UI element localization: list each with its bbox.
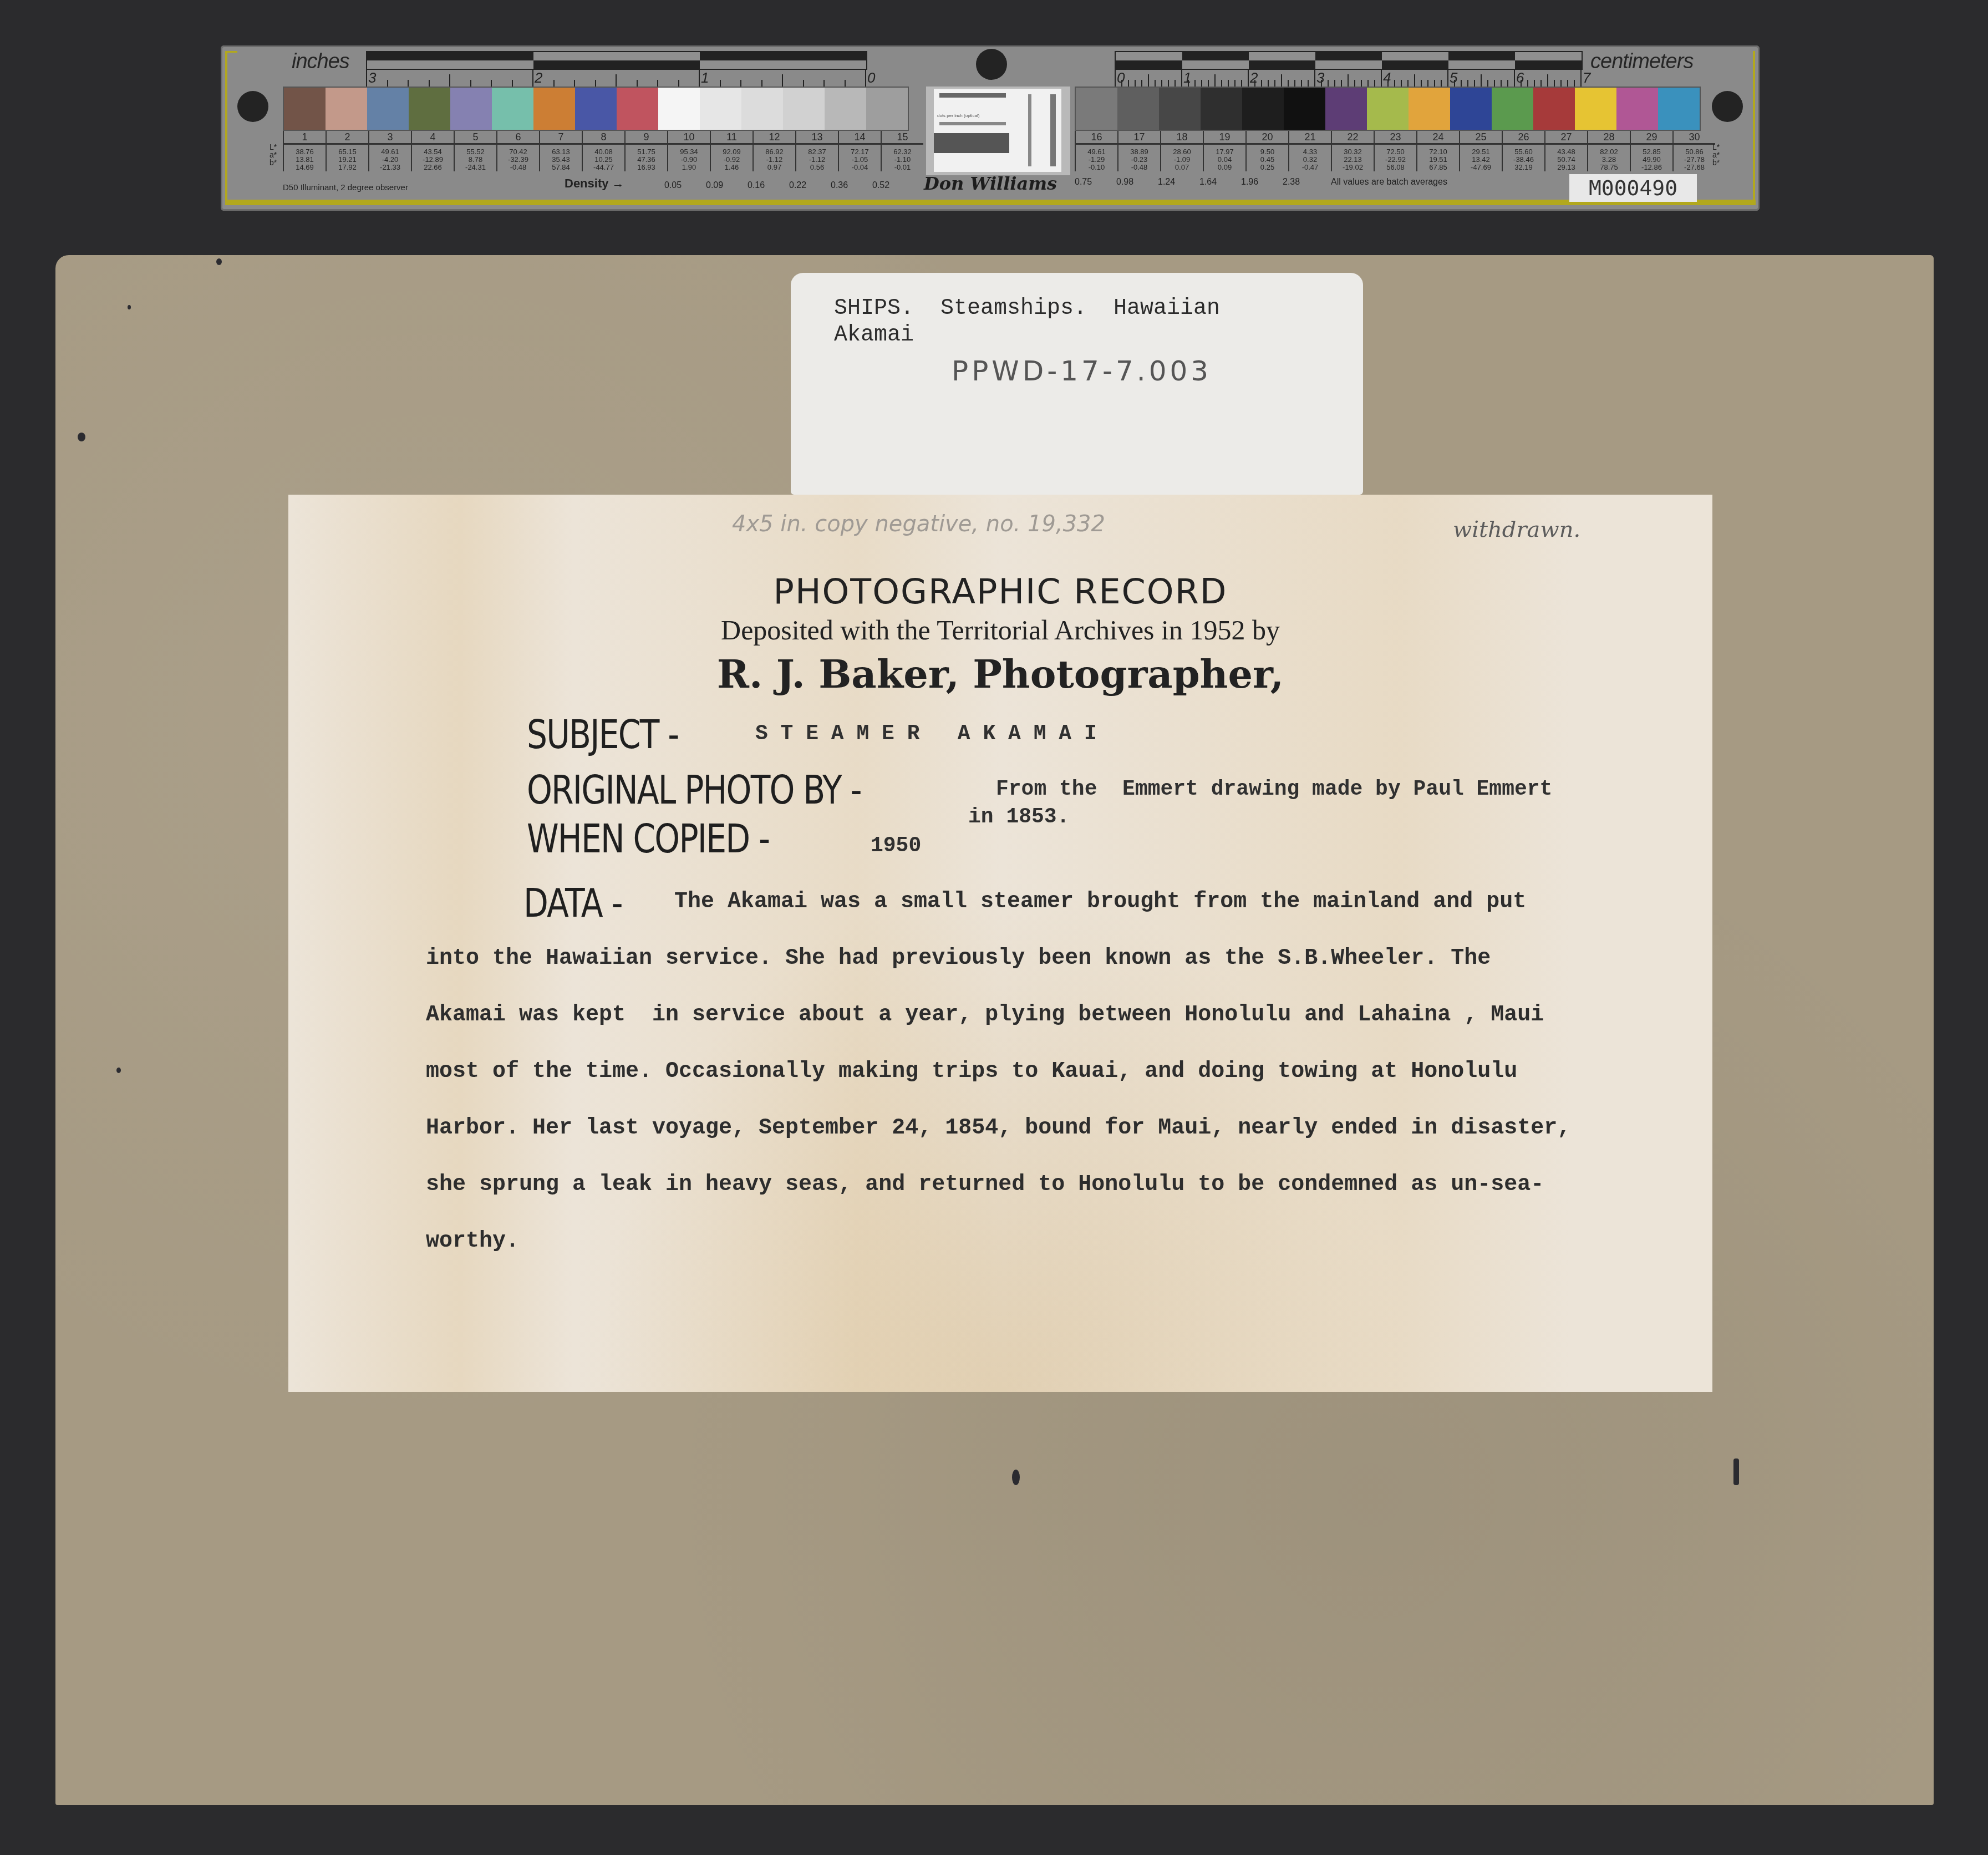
patch-column: 214.330.32-0.47 (1288, 131, 1331, 171)
patch-number: 14 (839, 131, 881, 145)
patch-lab-values: 17.970.040.09 (1216, 145, 1234, 171)
color-patch (1450, 88, 1492, 130)
patch-lab-values: 86.92-1.120.97 (765, 145, 784, 171)
when-copied-label: WHEN COPIED - (527, 815, 769, 862)
ruler-minor-tick (1481, 74, 1482, 88)
pencil-negative-note: 4x5 in. copy negative, no. 19,332 (732, 511, 1105, 537)
patch-column: 1828.60-1.090.07 (1160, 131, 1203, 171)
color-patch (658, 88, 700, 130)
patch-lab-values: 63.1335.4357.84 (552, 145, 570, 171)
patch-number: 17 (1118, 131, 1160, 145)
ruler-minor-tick (449, 74, 450, 88)
ruler-minor-tick (1148, 74, 1149, 88)
color-patch (1284, 88, 1325, 130)
ruler-minor-tick (1214, 74, 1216, 88)
color-patch (367, 88, 409, 130)
patch-column: 840.0810.25-44.77 (582, 131, 624, 171)
photographic-record-card: 4x5 in. copy negative, no. 19,332 withdr… (288, 495, 1712, 1392)
patch-column: 2372.50-22.9256.08 (1374, 131, 1416, 171)
density-value: 2.38 (1283, 177, 1300, 187)
density-label: Density → (565, 176, 624, 191)
patch-number: 23 (1375, 131, 1416, 145)
lab-row-labels: L*a*b* (270, 143, 277, 166)
slip-handwritten-id: PPWD-17-7.003 (952, 355, 1212, 387)
photographer-line: R. J. Baker, Photographer, (288, 651, 1712, 697)
patch-number: 27 (1545, 131, 1587, 145)
ruler-minor-tick (1414, 74, 1415, 88)
patch-number: 1 (284, 131, 326, 145)
patch-column: 2529.5113.42-47.69 (1459, 131, 1502, 171)
data-label: DATA - (523, 880, 622, 926)
data-line: Harbor. Her last voyage, September 24, 1… (426, 1116, 1570, 1141)
lab-values-left: 138.7613.8114.69265.1519.2117.92349.61-4… (283, 131, 923, 171)
patch-number: 15 (882, 131, 923, 145)
patch-lab-values: 82.37-1.120.56 (808, 145, 826, 171)
board-speck (1733, 1458, 1739, 1485)
patch-column: 1917.970.040.09 (1203, 131, 1245, 171)
ruler-minor-tick (1348, 74, 1349, 88)
resolution-target: dots per inch (optical) (926, 87, 1070, 175)
centimeters-label: centimeters (1590, 50, 1693, 74)
color-patch (866, 88, 908, 130)
patch-number: 2 (327, 131, 368, 145)
resolution-bars (1050, 94, 1056, 166)
color-patch (700, 88, 741, 130)
target-border-accent (226, 51, 237, 53)
patch-number: 21 (1289, 131, 1331, 145)
resolution-card: dots per inch (optical) (934, 89, 1061, 172)
patch-number: 6 (497, 131, 539, 145)
patch-lab-values: 40.0810.25-44.77 (593, 145, 614, 171)
patch-lab-values: 55.60-38.4632.19 (1513, 145, 1534, 171)
ruler-major-tick (1580, 69, 1582, 88)
original-photo-value: From the Emmert drawing made by Paul Emm… (996, 777, 1552, 801)
patch-lab-values: 62.32-1.10-0.01 (893, 145, 912, 171)
catalog-label-slip: SHIPS. Steamships. Hawaiian Akamai PPWD-… (791, 273, 1363, 495)
data-line: most of the time. Occasionally making tr… (426, 1059, 1517, 1084)
patch-number: 11 (711, 131, 753, 145)
patch-number: 22 (1332, 131, 1374, 145)
ruler-major-tick (699, 69, 700, 88)
board-speck (128, 305, 131, 309)
patch-number: 30 (1674, 131, 1715, 145)
patch-column: 1738.89-0.23-0.48 (1117, 131, 1160, 171)
patch-column: 349.61-4.20-21.33 (368, 131, 411, 171)
color-patch (1575, 88, 1616, 130)
patch-number: 25 (1460, 131, 1502, 145)
ruler-major-tick (366, 69, 367, 88)
ruler-minor-tick (1547, 74, 1548, 88)
ruler-label: 1 (701, 69, 709, 87)
patch-lab-values: 72.50-22.9256.08 (1385, 145, 1406, 171)
original-photo-value-cont: in 1853. (968, 805, 1069, 829)
cm-ruler: 01234567 (1115, 68, 1580, 88)
patch-column: 670.42-32.39-0.48 (496, 131, 539, 171)
data-line: The Akamai was a small steamer brought f… (674, 890, 1526, 914)
patch-lab-values: 30.3222.13-19.02 (1343, 145, 1363, 171)
record-title: PHOTOGRAPHIC RECORD (288, 571, 1712, 612)
patch-column: 209.500.450.25 (1245, 131, 1288, 171)
color-patch (1533, 88, 1575, 130)
data-line: she sprung a leak in heavy seas, and ret… (426, 1172, 1544, 1197)
target-border-accent (225, 200, 1756, 205)
patch-lab-values: 49.61-4.20-21.33 (380, 145, 400, 171)
signature: Don Williams (924, 173, 1057, 194)
color-patch (1367, 88, 1409, 130)
withdrawn-note: withdrawn. (1453, 517, 1580, 542)
deposited-line: Deposited with the Territorial Archives … (288, 614, 1712, 646)
resolution-label: dots per inch (optical) (937, 113, 979, 118)
density-value: 0.75 (1075, 177, 1092, 187)
ruler-major-tick (1314, 69, 1315, 88)
patch-number: 16 (1076, 131, 1117, 145)
color-patch (1409, 88, 1450, 130)
color-patch (1117, 88, 1159, 130)
ruler-major-tick (1447, 69, 1448, 88)
patch-column: 1286.92-1.120.97 (753, 131, 795, 171)
slip-name-line: Akamai (834, 323, 914, 348)
patch-number: 12 (754, 131, 795, 145)
color-patch (1242, 88, 1284, 130)
patch-column: 1382.37-1.120.56 (795, 131, 838, 171)
patch-number: 7 (540, 131, 582, 145)
patch-lab-values: 29.5113.42-47.69 (1471, 145, 1491, 171)
patch-lab-values: 38.89-0.23-0.48 (1130, 145, 1148, 171)
patch-number: 24 (1417, 131, 1459, 145)
patch-lab-values: 72.1019.5167.85 (1429, 145, 1447, 171)
patch-column: 763.1335.4357.84 (539, 131, 582, 171)
color-patch (1492, 88, 1533, 130)
target-border-accent (225, 51, 227, 201)
color-patch (783, 88, 825, 130)
patch-number: 18 (1161, 131, 1203, 145)
patch-column: 555.528.78-24.31 (454, 131, 496, 171)
patch-lab-values: 51.7547.3616.93 (637, 145, 655, 171)
patch-column: 2472.1019.5167.85 (1416, 131, 1459, 171)
density-value: 0.36 (831, 181, 848, 191)
density-value: 0.05 (664, 181, 682, 191)
illuminant-note: D50 Illuminant, 2 degree observer (283, 183, 408, 192)
resolution-bars (939, 122, 1006, 125)
target-hole-right (1712, 91, 1743, 122)
patch-number: 9 (626, 131, 667, 145)
target-hole-center (976, 49, 1007, 80)
patch-column: 2655.60-38.4632.19 (1502, 131, 1544, 171)
color-calibration-target: inches centimeters 3210 01234567 dots pe… (221, 45, 1760, 211)
patch-number: 8 (583, 131, 624, 145)
patch-number: 13 (796, 131, 838, 145)
color-patch (1616, 88, 1658, 130)
color-patch (284, 88, 326, 130)
data-line: into the Hawaiian service. She had previ… (426, 946, 1491, 971)
patch-lab-values: 65.1519.2117.92 (338, 145, 357, 171)
color-patch (825, 88, 866, 130)
patch-column: 1562.32-1.10-0.01 (881, 131, 923, 171)
patch-column: 951.7547.3616.93 (624, 131, 667, 171)
inch-scale-bars (366, 51, 867, 70)
ruler-minor-tick (1281, 74, 1282, 88)
patch-lab-values: 28.60-1.090.07 (1173, 145, 1191, 171)
density-value: 0.98 (1116, 177, 1133, 187)
board-speck (216, 258, 222, 265)
patch-column: 138.7613.8114.69 (283, 131, 326, 171)
color-patch (741, 88, 783, 130)
patch-number: 5 (455, 131, 496, 145)
patch-lab-values: 38.7613.8114.69 (296, 145, 314, 171)
patch-number: 28 (1588, 131, 1630, 145)
density-value: 0.09 (706, 181, 723, 191)
patch-lab-values: 95.34-0.901.90 (680, 145, 698, 171)
density-value: 0.22 (789, 181, 806, 191)
subject-label: SUBJECT - (527, 711, 678, 758)
color-patch (492, 88, 533, 130)
color-patch (617, 88, 658, 130)
ruler-major-tick (1181, 69, 1182, 88)
data-line: worthy. (426, 1229, 519, 1254)
color-patch (326, 88, 367, 130)
patch-lab-values: 82.023.2878.75 (1600, 145, 1618, 171)
board-speck (116, 1068, 121, 1073)
patch-lab-values: 9.500.450.25 (1260, 145, 1274, 171)
patch-number: 29 (1631, 131, 1672, 145)
ruler-major-tick (1514, 69, 1515, 88)
patch-column: 1649.61-1.29-0.10 (1075, 131, 1117, 171)
patch-lab-values: 49.61-1.29-0.10 (1087, 145, 1106, 171)
ruler-minor-tick (616, 74, 617, 88)
inches-label: inches (292, 50, 349, 74)
patch-column: 265.1519.2117.92 (326, 131, 368, 171)
patch-column: 2952.8549.90-12.86 (1630, 131, 1672, 171)
ruler-label: 0 (867, 69, 875, 87)
density-value: 1.64 (1199, 177, 1217, 187)
resolution-bars (939, 93, 1006, 98)
patch-lab-values: 55.528.78-24.31 (465, 145, 486, 171)
patch-lab-values: 92.09-0.921.46 (723, 145, 741, 171)
slip-subject-line: SHIPS. Steamships. Hawaiian (834, 296, 1220, 321)
lab-values-right: 1649.61-1.29-0.101738.89-0.23-0.481828.6… (1075, 131, 1715, 171)
patch-lab-values: 70.42-32.39-0.48 (508, 145, 528, 171)
density-value: 1.96 (1241, 177, 1258, 187)
target-id: M000490 (1569, 174, 1697, 202)
board-speck (78, 433, 85, 441)
color-patch (1076, 88, 1117, 130)
ruler-major-tick (865, 69, 866, 88)
patch-number: 20 (1247, 131, 1288, 145)
patch-lab-values: 4.330.32-0.47 (1302, 145, 1319, 171)
patch-column: 1192.09-0.921.46 (710, 131, 753, 171)
color-patch (409, 88, 450, 130)
patch-number: 3 (369, 131, 411, 145)
color-patch (575, 88, 617, 130)
color-patch (1658, 88, 1700, 130)
patch-lab-values: 52.8549.90-12.86 (1641, 145, 1662, 171)
patch-column: 1095.34-0.901.90 (667, 131, 710, 171)
ruler-major-tick (1248, 69, 1249, 88)
patch-column: 2230.3222.13-19.02 (1331, 131, 1374, 171)
when-copied-value: 1950 (871, 834, 921, 858)
data-line: Akamai was kept in service about a year,… (426, 1003, 1544, 1028)
lab-row-labels: L*a*b* (1712, 143, 1720, 166)
patch-column: 2743.4850.7429.13 (1544, 131, 1587, 171)
color-patch (1201, 88, 1242, 130)
patch-column: 443.54-12.8922.66 (411, 131, 454, 171)
resolution-bars (1028, 94, 1031, 166)
patch-lab-values: 43.54-12.8922.66 (423, 145, 443, 171)
cm-scale-bars (1115, 51, 1583, 70)
color-patch (533, 88, 575, 130)
color-patches-left (283, 87, 909, 131)
subject-value: S T E A M E R A K A M A I (755, 722, 1097, 746)
target-hole-left (237, 91, 268, 122)
color-patches-right (1075, 87, 1701, 131)
patch-column: 1472.17-1.05-0.04 (838, 131, 881, 171)
patch-number: 10 (668, 131, 710, 145)
ruler-major-tick (532, 69, 533, 88)
patch-lab-values: 50.86-27.78-27.68 (1684, 145, 1705, 171)
ruler-label: 2 (535, 69, 542, 87)
patch-lab-values: 43.4850.7429.13 (1557, 145, 1575, 171)
patch-lab-values: 72.17-1.05-0.04 (851, 145, 869, 171)
ruler-minor-tick (782, 74, 783, 88)
color-patch (450, 88, 492, 130)
density-value: 0.52 (872, 181, 889, 191)
original-photo-label: ORIGINAL PHOTO BY - (527, 766, 861, 813)
ruler-label: 7 (1583, 69, 1590, 87)
color-patch (1325, 88, 1367, 130)
ruler-major-tick (1381, 69, 1382, 88)
ruler-major-tick (1115, 69, 1116, 88)
density-value: 0.16 (748, 181, 765, 191)
board-speck (1012, 1470, 1020, 1485)
inch-ruler: 3210 (366, 68, 865, 88)
density-value: 1.24 (1158, 177, 1175, 187)
patch-number: 26 (1503, 131, 1544, 145)
patch-number: 4 (412, 131, 454, 145)
color-patch (1159, 88, 1201, 130)
gray-wedge (934, 133, 1009, 153)
target-border-accent (1753, 51, 1755, 201)
batch-note: All values are batch averages (1331, 177, 1447, 187)
patch-column: 2882.023.2878.75 (1587, 131, 1630, 171)
patch-number: 19 (1204, 131, 1245, 145)
ruler-label: 3 (368, 69, 376, 87)
patch-column: 3050.86-27.78-27.68 (1672, 131, 1715, 171)
